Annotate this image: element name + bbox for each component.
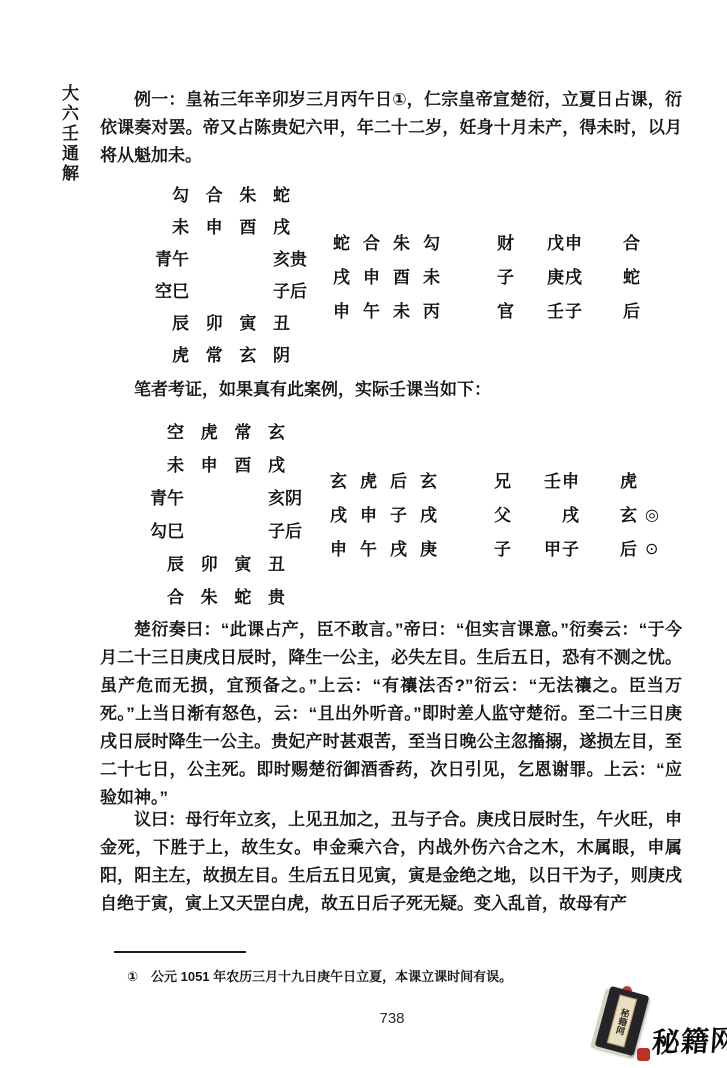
spirit-cell: 合 <box>167 589 184 607</box>
branch-cell: 戌 <box>273 219 290 237</box>
spirit-cell: 合 <box>206 187 223 205</box>
footnote-text: ① 公元 1051 年农历三月十九日庚午日立夏，本课立课时间有误。 <box>127 966 627 985</box>
branch-cell: 卯 <box>201 556 218 574</box>
chart2-top-branches-row: 未 申 酉 戌 <box>150 457 302 475</box>
spirit-cell: 蛇 <box>234 589 251 607</box>
spirit-cell: 玄 <box>239 347 256 365</box>
spirit-cell: 合 <box>623 235 643 253</box>
lessons-row: 玄 虎 后 玄 兄 壬申 虎 <box>330 473 663 491</box>
lesson-cell: 朱 <box>393 235 423 253</box>
relation-cell: 官 <box>497 303 517 321</box>
spirit-cell: 朱 <box>239 187 256 205</box>
ganzhi-cell: 庚戌 <box>543 269 583 287</box>
mijiwang-watermark: 秘籍网 秘籍网 <box>592 986 727 1068</box>
lesson-cell: 午 <box>360 541 390 559</box>
branch-cell: 申 <box>201 457 218 475</box>
branch-cell: 戌 <box>268 457 285 475</box>
plate-right-cell: 子后 <box>273 283 307 301</box>
lesson-cell: 蛇 <box>333 235 363 253</box>
spirit-cell: 蛇 <box>273 187 290 205</box>
lessons-row: 申 午 戌 庚 子 甲子 后 ⊙ <box>330 541 663 559</box>
lesson-cell: 申 <box>360 507 390 525</box>
spirit-cell: 阴 <box>273 347 290 365</box>
spirit-cell: 贵 <box>268 589 285 607</box>
book-cover-label-text: 秘籍网 <box>614 1007 630 1035</box>
chart2-top-spirits-row: 空 虎 常 玄 <box>150 424 302 442</box>
red-seal-icon <box>637 1048 650 1061</box>
branch-cell: 未 <box>172 219 189 237</box>
branch-cell: 酉 <box>234 457 251 475</box>
branch-cell: 申 <box>206 219 223 237</box>
ganzhi-cell: 戊申 <box>543 235 583 253</box>
lessons-row: 戌 申 子 戌 父 戌 玄 ◎ <box>330 507 663 525</box>
lesson-cell: 虎 <box>360 473 390 491</box>
watermark-site-name: 秘籍网 <box>651 1018 727 1061</box>
plate-right-cell: 亥贵 <box>273 251 307 269</box>
footnote-divider <box>114 951 246 953</box>
chart1-top-spirits-row: 勾 合 朱 蛇 <box>155 187 307 205</box>
lesson-cell: 玄 <box>420 473 450 491</box>
book-cover-label-strip: 秘籍网 <box>607 995 637 1048</box>
chart2-middle-row-2: 勾巳 子后 <box>150 523 302 541</box>
paragraph-example-intro: 例一：皇祐三年辛卯岁三月丙午日①，仁宗皇帝宣楚衍，立夏日占课，衍依课奏对罢。帝又… <box>100 86 682 170</box>
ganzhi-cell: 戌 <box>540 507 580 525</box>
lesson-cell: 申 <box>330 541 360 559</box>
chart1-top-branches-row: 未 申 酉 戌 <box>155 219 307 237</box>
lesson-cell: 未 <box>423 269 453 287</box>
branch-cell: 辰 <box>167 556 184 574</box>
chart2-heaven-earth-plate: 空 虎 常 玄 未 申 酉 戌 青午 亥阴 勾巳 子后 辰 卯 寅 丑 合 朱 … <box>150 424 302 622</box>
lessons-row: 蛇 合 朱 勾 财 戊申 合 <box>333 235 666 253</box>
spirit-cell: 常 <box>234 424 251 442</box>
book-title-vertical: 大六壬通解 <box>56 84 81 184</box>
relation-cell: 子 <box>497 269 517 287</box>
chart1-middle-row-2: 空巳 子后 <box>155 283 307 301</box>
branch-cell: 辰 <box>172 315 189 333</box>
paragraph-author-note: 笔者考证，如果真有此案例，实际壬课当如下： <box>100 376 682 404</box>
lesson-cell: 合 <box>363 235 393 253</box>
spirit-cell: 虎 <box>201 424 218 442</box>
branch-cell: 未 <box>167 457 184 475</box>
chart2-bottom-spirits-row: 合 朱 蛇 贵 <box>150 589 302 607</box>
spirit-cell: 勾 <box>172 187 189 205</box>
lesson-cell: 酉 <box>393 269 423 287</box>
branch-cell: 酉 <box>239 219 256 237</box>
paragraph-chuyan-story: 楚衍奏曰：“此课占产，臣不敢言。”帝曰：“但实言课意。”衍奏云：“于今月二十三日… <box>100 616 682 812</box>
chart1-bottom-branches-row: 辰 卯 寅 丑 <box>155 315 307 333</box>
chart2-middle-row-1: 青午 亥阴 <box>150 490 302 508</box>
plate-right-cell: 亥阴 <box>268 490 302 508</box>
plate-left-cell: 勾巳 <box>150 523 184 541</box>
chart1-lessons-transmissions: 蛇 合 朱 勾 财 戊申 合 戌 申 酉 未 子 庚戌 蛇 申 午 未 丙 官 … <box>333 235 666 337</box>
branch-cell: 卯 <box>206 315 223 333</box>
relation-cell: 兄 <box>494 473 514 491</box>
lesson-cell: 戌 <box>333 269 363 287</box>
chart1-middle-row-1: 青午 亥贵 <box>155 251 307 269</box>
chart1-bottom-spirits-row: 虎 常 玄 阴 <box>155 347 307 365</box>
plate-left-cell: 空巳 <box>155 283 189 301</box>
branch-cell: 丑 <box>273 315 290 333</box>
lesson-cell: 申 <box>363 269 393 287</box>
branch-cell: 寅 <box>239 315 256 333</box>
lesson-cell: 玄 <box>330 473 360 491</box>
relation-cell: 财 <box>497 235 517 253</box>
lesson-cell: 申 <box>333 303 363 321</box>
spirit-cell: 玄 <box>268 424 285 442</box>
circled-dot-mark: ⊙ <box>645 541 663 559</box>
double-circle-mark: ◎ <box>645 507 663 525</box>
lesson-cell: 勾 <box>423 235 453 253</box>
lesson-cell: 戌 <box>420 507 450 525</box>
lesson-cell: 庚 <box>420 541 450 559</box>
branch-cell: 丑 <box>268 556 285 574</box>
lesson-cell: 戌 <box>330 507 360 525</box>
page-number: 738 <box>352 1010 432 1027</box>
lesson-cell: 戌 <box>390 541 420 559</box>
spirit-cell: 后 <box>623 303 643 321</box>
ganzhi-cell: 壬子 <box>543 303 583 321</box>
lesson-cell: 子 <box>390 507 420 525</box>
spirit-cell: 常 <box>206 347 223 365</box>
spirit-cell: 后 <box>620 541 640 559</box>
spirit-cell: 蛇 <box>623 269 643 287</box>
lesson-cell: 后 <box>390 473 420 491</box>
lesson-cell: 午 <box>363 303 393 321</box>
branch-cell: 寅 <box>234 556 251 574</box>
spirit-cell: 虎 <box>172 347 189 365</box>
chart2-bottom-branches-row: 辰 卯 寅 丑 <box>150 556 302 574</box>
relation-cell: 子 <box>494 541 514 559</box>
lessons-row: 戌 申 酉 未 子 庚戌 蛇 <box>333 269 666 287</box>
lesson-cell: 丙 <box>423 303 453 321</box>
spirit-cell: 空 <box>167 424 184 442</box>
lessons-row: 申 午 未 丙 官 壬子 后 <box>333 303 666 321</box>
chart2-lessons-transmissions: 玄 虎 后 玄 兄 壬申 虎 戌 申 子 戌 父 戌 玄 ◎ 申 午 戌 庚 子… <box>330 473 663 575</box>
chart1-heaven-earth-plate: 勾 合 朱 蛇 未 申 酉 戌 青午 亥贵 空巳 子后 辰 卯 寅 丑 虎 常 … <box>155 187 307 379</box>
paragraph-discussion: 议曰：母行年立亥，上见丑加之，丑与子合。庚戌日辰时生，午火旺，申金死，下胜于上，… <box>100 806 682 918</box>
book-page: 大六壬通解 例一：皇祐三年辛卯岁三月丙午日①，仁宗皇帝宣楚衍，立夏日占课，衍依课… <box>0 0 727 1068</box>
plate-right-cell: 子后 <box>268 523 302 541</box>
plate-left-cell: 青午 <box>150 490 184 508</box>
spirit-cell: 朱 <box>201 589 218 607</box>
plate-left-cell: 青午 <box>155 251 189 269</box>
book-cover-icon: 秘籍网 <box>595 986 650 1056</box>
lesson-cell: 未 <box>393 303 423 321</box>
relation-cell: 父 <box>494 507 514 525</box>
spirit-cell: 虎 <box>620 473 640 491</box>
ganzhi-cell: 甲子 <box>540 541 580 559</box>
ganzhi-cell: 壬申 <box>540 473 580 491</box>
spirit-cell: 玄 <box>620 507 640 525</box>
